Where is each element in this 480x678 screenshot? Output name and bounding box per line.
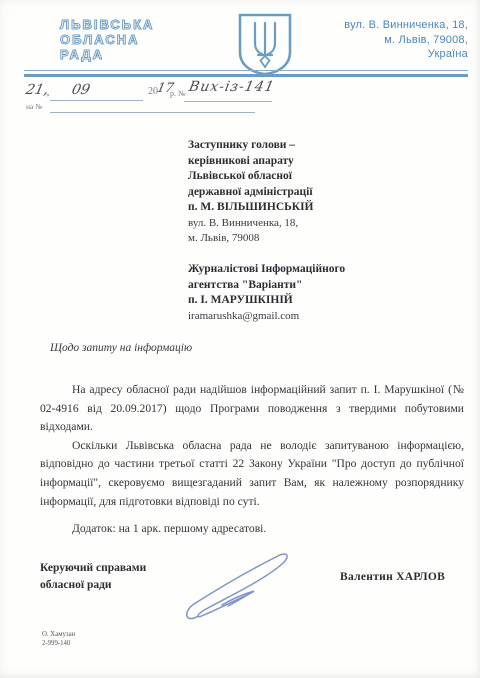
org-address-line: вул. В. Винниченка, 18, (290, 18, 468, 33)
outgoing-number-handwritten: Вих-із-141 (187, 79, 276, 95)
recipient-address-line: м. Львів, 79008 (188, 231, 313, 247)
recipient-secondary-block: Журналістові Інформаційного агентства "В… (188, 262, 345, 324)
outgoing-number-line (184, 100, 272, 102)
body-text: На адресу обласної ради надійшов інформа… (40, 381, 464, 511)
date-year-suffix: р. № (170, 89, 186, 98)
recipient-name: п. М. ВІЛЬШИНСЬКІЙ (188, 200, 313, 216)
reply-to-blank-line (50, 111, 255, 113)
subject-line: Щодо запиту на інформацію (50, 342, 192, 354)
recipient-line: державної адміністрації (188, 185, 313, 201)
org-address-line: м. Львів, 79008, (290, 33, 468, 48)
handwritten-signature (178, 548, 313, 626)
org-address-line: Україна (290, 47, 468, 62)
body-paragraph: На адресу обласної ради надійшов інформа… (40, 381, 464, 437)
signer-position: Керуючий справами обласної ради (40, 560, 146, 594)
org-name: ЛЬВІВСЬКА ОБЛАСНА РАДА (60, 17, 154, 62)
executor-name: О. Хамузан (42, 630, 75, 639)
recipient-line: агентства "Варіанти" (188, 278, 345, 294)
recipient-line: керівникові апарату (188, 154, 313, 170)
signer-position-line: Керуючий справами (40, 560, 146, 577)
letter-page: ЛЬВІВСЬКА ОБЛАСНА РАДА вул. В. Винниченк… (0, 0, 480, 678)
date-day-mark: » (46, 91, 50, 99)
org-name-line: РАДА (60, 47, 154, 62)
body-paragraph: Оскільки Львівська обласна рада не волод… (40, 437, 464, 511)
signer-position-line: обласної ради (40, 577, 146, 594)
executor-phone: 2-999-140 (42, 639, 75, 648)
recipient-line: Журналістові Інформаційного (188, 262, 345, 278)
tryzub-shield-emblem (236, 12, 294, 76)
date-month-blank-line (50, 99, 143, 101)
attachment-note: Додаток: на 1 арк. першому адресатові. (40, 522, 464, 535)
org-name-line: ОБЛАСНА (60, 32, 154, 47)
recipient-address-line: вул. В. Винниченка, 18, (188, 216, 313, 232)
org-name-line: ЛЬВІВСЬКА (60, 17, 154, 32)
letterhead-divider (24, 70, 468, 77)
recipient-email: iramarushka@gmail.com (188, 309, 345, 325)
recipient-name: п. І. МАРУШКІНІЙ (188, 293, 345, 309)
org-address: вул. В. Винниченка, 18, м. Львів, 79008,… (290, 18, 468, 62)
signer-name: Валентин ХАРЛОВ (340, 571, 445, 583)
reply-to-label: на № (26, 102, 42, 111)
recipient-line: Львівської обласної (188, 169, 313, 185)
date-month-handwritten: 09 (70, 82, 91, 98)
recipient-line: Заступнику голови – (188, 138, 313, 154)
executor-block: О. Хамузан 2-999-140 (42, 630, 75, 648)
recipient-primary-block: Заступнику голови – керівникові апарату … (188, 138, 313, 247)
